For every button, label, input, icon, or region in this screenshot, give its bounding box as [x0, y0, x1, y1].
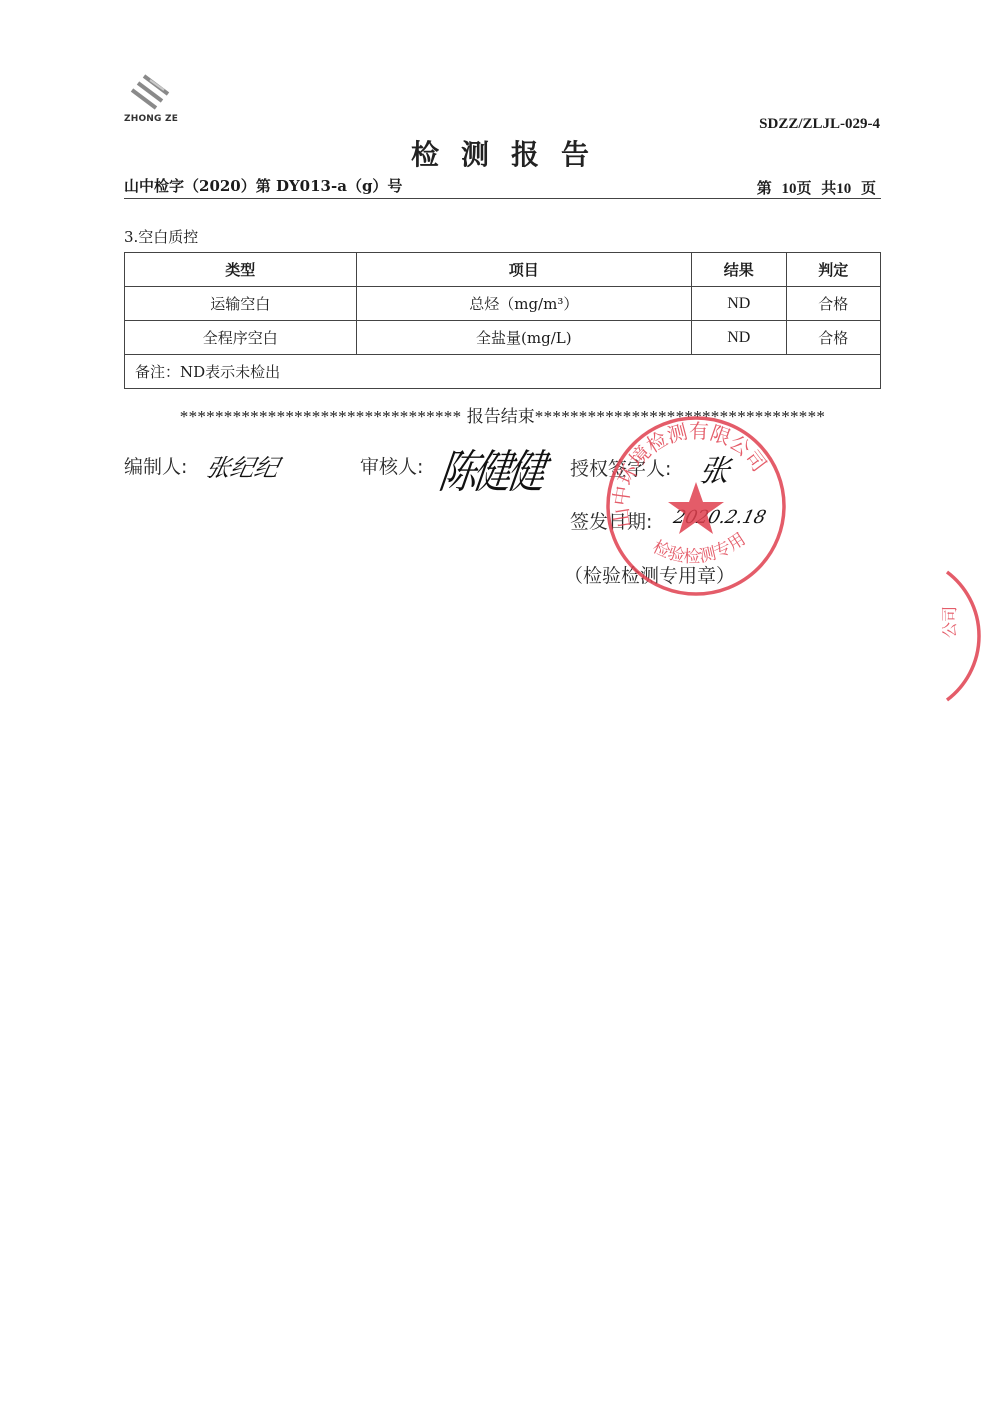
table-header-row: 类型 项目 结果 判定	[125, 253, 881, 287]
partial-seal-text: 公司	[940, 606, 959, 638]
reviewer-label: 审核人:	[360, 452, 423, 479]
header-divider	[124, 198, 881, 199]
column-header-result: 结果	[692, 253, 786, 287]
cell-result: ND	[692, 321, 786, 355]
report-end-text: 报告结束	[467, 407, 535, 427]
logo-text: ZHONG ZE	[124, 114, 178, 124]
page-title: 检测报告	[0, 133, 1000, 173]
column-header-item: 项目	[356, 253, 691, 287]
seal-star-icon	[668, 482, 724, 534]
stars-left: ********************************	[180, 407, 462, 426]
cell-verdict: 合格	[786, 321, 881, 355]
cell-item: 全盐量(mg/L)	[356, 321, 691, 355]
document-code: SDZZ/ZLJL-029-4	[759, 116, 880, 133]
partial-seal-stamp: 公司	[915, 566, 1000, 706]
cell-result: ND	[692, 287, 786, 321]
column-header-verdict: 判定	[786, 253, 881, 287]
section-title: 3.空白质控	[124, 226, 198, 247]
table-note: 备注：ND表示未检出	[125, 355, 881, 389]
table-row: 全程序空白 全盐量(mg/L) ND 合格	[125, 321, 881, 355]
compiler-label: 编制人:	[124, 452, 187, 479]
report-number: 山中检字（2020）第 DY013-a（g）号	[124, 175, 402, 196]
table-note-row: 备注：ND表示未检出	[125, 355, 881, 389]
cell-type: 运输空白	[125, 287, 357, 321]
blank-qc-table: 类型 项目 结果 判定 运输空白 总烃（mg/m³） ND 合格 全程序空白 全…	[124, 252, 881, 389]
compiler-signature: 张纪纪	[203, 448, 282, 483]
logo-stripes-icon	[130, 74, 174, 112]
official-seal-stamp: 山中环境检测有限公司 检验检测专用章	[604, 414, 788, 598]
table-row: 运输空白 总烃（mg/m³） ND 合格	[125, 287, 881, 321]
page-info: 第 10页 共10 页	[757, 177, 876, 198]
cell-type: 全程序空白	[125, 321, 357, 355]
company-logo: ZHONG ZE	[124, 74, 184, 128]
cell-item: 总烃（mg/m³）	[356, 287, 691, 321]
page-current: 第 10页	[757, 181, 812, 197]
cell-verdict: 合格	[786, 287, 881, 321]
reviewer-signature: 陈健健	[435, 435, 546, 501]
page-total: 共10 页	[821, 181, 876, 197]
column-header-type: 类型	[125, 253, 357, 287]
